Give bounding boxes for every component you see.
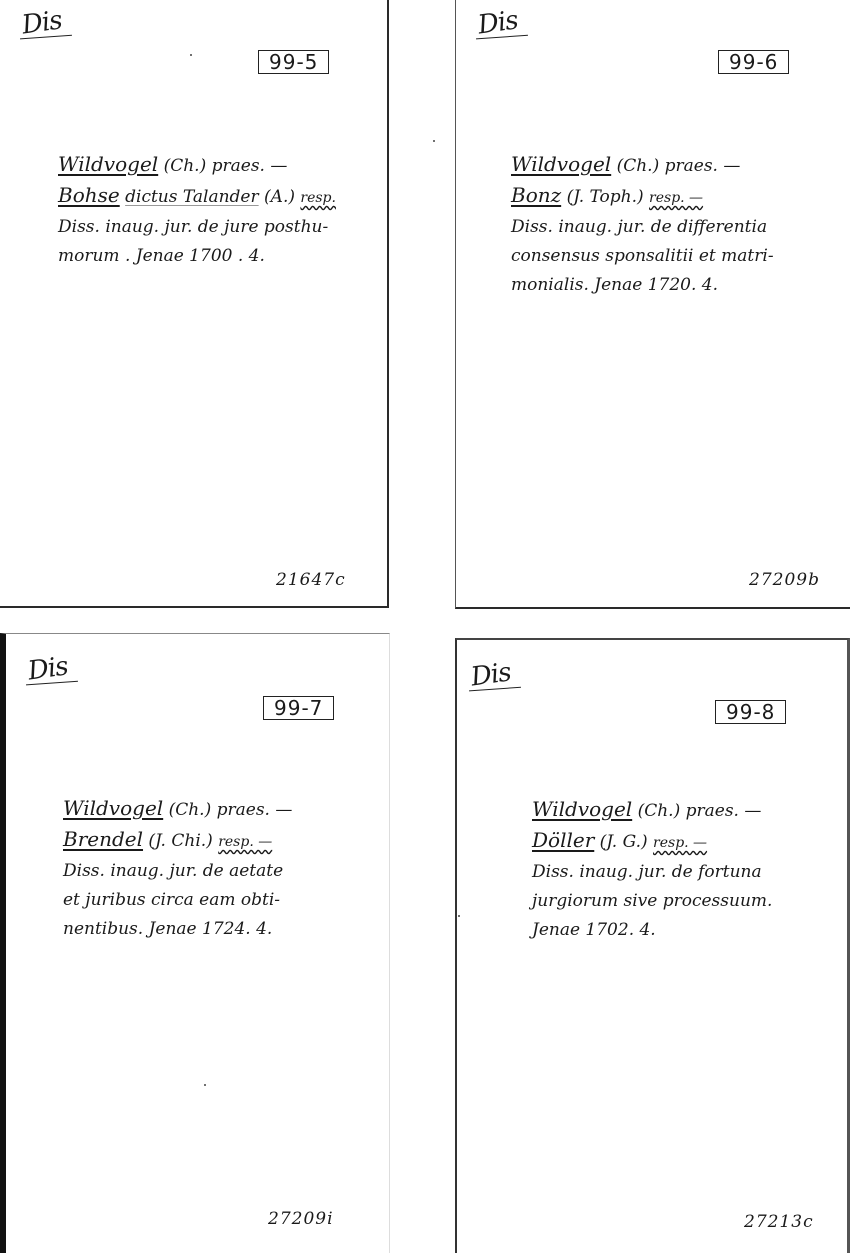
respondent-role: resp. —	[218, 834, 272, 850]
description-line: Diss. inaug. jur. de aetate	[63, 857, 292, 886]
header-mark: Dis	[476, 5, 519, 40]
praeses-initials: (Ch.)	[164, 156, 207, 176]
call-number: 99-5	[258, 50, 329, 74]
call-number: 99-6	[718, 50, 789, 74]
description-line: et juribus circa eam obti-	[63, 886, 292, 915]
header-mark: Dis	[20, 5, 63, 40]
praeses-role: praes. —	[212, 156, 288, 176]
respondent-line: Bonz (J. Toph.) resp. —	[511, 181, 774, 213]
praeses-line: Wildvogel (Ch.) praes. —	[58, 150, 336, 181]
respondent-surname: Brendel	[63, 827, 143, 851]
description-line: Diss. inaug. jur. de fortuna	[532, 858, 772, 887]
card-entry: Wildvogel (Ch.) praes. — Döller (J. G.) …	[532, 795, 772, 945]
description-line: monialis. Jenae 1720. 4.	[511, 271, 774, 300]
respondent-role: resp. —	[649, 190, 703, 206]
accession-number: 21647c	[276, 570, 346, 590]
scan-speck	[458, 915, 460, 917]
accession-number: 27209i	[268, 1209, 334, 1229]
call-number: 99-8	[715, 700, 786, 724]
description-line: Jenae 1702. 4.	[532, 916, 772, 945]
respondent-role: resp.	[300, 190, 336, 206]
accession-number: 27213c	[744, 1212, 814, 1232]
description-line: Diss. inaug. jur. de differentia	[511, 213, 774, 242]
respondent-initials: (A.)	[264, 187, 295, 207]
card-entry: Wildvogel (Ch.) praes. — Bohse dictus Ta…	[58, 150, 336, 271]
description-line: consensus sponsalitii et matri-	[511, 242, 774, 271]
catalog-card-3: Dis 99-7 Wildvogel (Ch.) praes. — Brende…	[0, 633, 390, 1253]
respondent-line: Bohse dictus Talander (A.) resp.	[58, 181, 336, 213]
accession-number: 27209b	[749, 570, 820, 590]
card-entry: Wildvogel (Ch.) praes. — Brendel (J. Chi…	[63, 794, 292, 944]
catalog-card-1: Dis 99-5 Wildvogel (Ch.) praes. — Bohse …	[0, 0, 389, 608]
praeses-initials: (Ch.)	[169, 800, 212, 820]
praeses-initials: (Ch.)	[638, 801, 681, 821]
catalog-card-2: Dis 99-6 Wildvogel (Ch.) praes. — Bonz (…	[455, 0, 850, 609]
catalog-card-4: Dis 99-8 Wildvogel (Ch.) praes. — Döller…	[455, 638, 850, 1253]
respondent-line: Brendel (J. Chi.) resp. —	[63, 825, 292, 857]
header-mark: Dis	[469, 657, 512, 692]
praeses-surname: Wildvogel	[532, 797, 632, 821]
header-mark: Dis	[26, 651, 69, 686]
praeses-initials: (Ch.)	[617, 156, 660, 176]
respondent-initials: (J. G.)	[600, 832, 648, 852]
respondent-initials: (J. Chi.)	[148, 831, 212, 851]
respondent-role: resp. —	[653, 835, 707, 851]
respondent-alias: dictus Talander	[125, 187, 259, 207]
card-entry: Wildvogel (Ch.) praes. — Bonz (J. Toph.)…	[511, 150, 774, 300]
scan-speck	[190, 54, 192, 56]
praeses-surname: Wildvogel	[63, 796, 163, 820]
call-number: 99-7	[263, 696, 334, 720]
description-line: jurgiorum sive processuum.	[532, 887, 772, 916]
respondent-surname: Bonz	[511, 183, 561, 207]
respondent-surname: Döller	[532, 828, 594, 852]
description-line: nentibus. Jenae 1724. 4.	[63, 915, 292, 944]
respondent-initials: (J. Toph.)	[567, 187, 644, 207]
praeses-line: Wildvogel (Ch.) praes. —	[511, 150, 774, 181]
praeses-surname: Wildvogel	[511, 152, 611, 176]
description-line: morum . Jenae 1700 . 4.	[58, 242, 336, 271]
respondent-line: Döller (J. G.) resp. —	[532, 826, 772, 858]
respondent-surname: Bohse	[58, 183, 120, 207]
praeses-line: Wildvogel (Ch.) praes. —	[63, 794, 292, 825]
praeses-role: praes. —	[217, 800, 293, 820]
praeses-role: praes. —	[665, 156, 741, 176]
scan-speck	[433, 140, 435, 142]
praeses-role: praes. —	[686, 801, 762, 821]
praeses-line: Wildvogel (Ch.) praes. —	[532, 795, 772, 826]
description-line: Diss. inaug. jur. de jure posthu-	[58, 213, 336, 242]
scan-speck	[204, 1084, 206, 1086]
praeses-surname: Wildvogel	[58, 152, 158, 176]
